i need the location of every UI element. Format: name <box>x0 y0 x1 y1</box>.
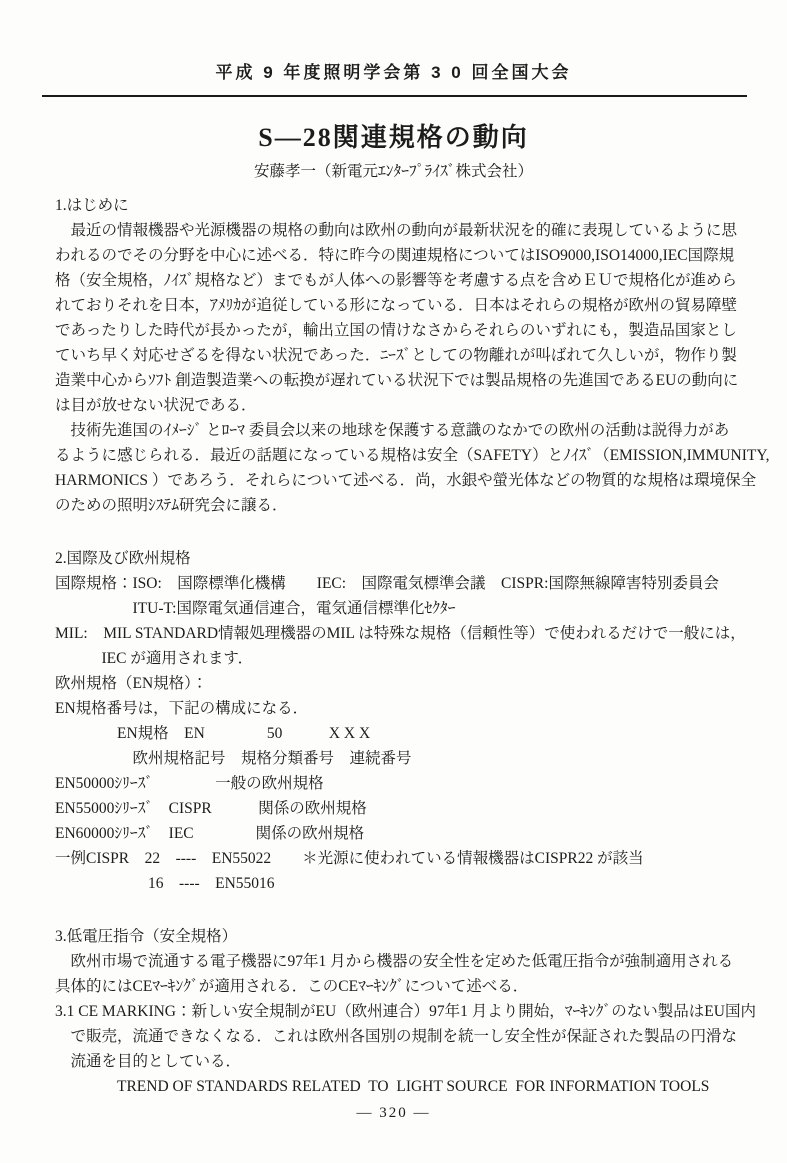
text-line: 欧州規格（EN規格）： <box>55 671 747 696</box>
text-line: は目が放せない状況である． <box>55 393 747 418</box>
text-line: のための照明ｼｽﾃﾑ研究会に譲る． <box>55 493 747 518</box>
text-line: ITU-T:国際電気通信連合，電気通信標準化ｾｸﾀｰ <box>55 596 747 621</box>
text-line: 具体的にはCEﾏｰｷﾝｸﾞが適用される．このCEﾏｰｷﾝｸﾞについて述べる． <box>55 974 747 999</box>
text-line: EN50000ｼﾘｰｽﾞ 一般の欧州規格 <box>55 771 747 796</box>
section-intro: 1.はじめに 最近の情報機器や光源機器の規格の動向は欧州の動向が最新状況を的確に… <box>55 193 747 518</box>
text-line: 流通を目的としている． <box>55 1049 747 1074</box>
text-line: EN55000ｼﾘｰｽﾞ CISPR 関係の欧州規格 <box>55 796 747 821</box>
text-line: るように感じられる．最近の話題になっている規格は安全（SAFETY）とﾉｲｽﾞ（… <box>55 443 747 468</box>
text-line: 欧州市場で流通する電子機器に97年1 月から機器の安全性を定めた低電圧指令が強制… <box>55 949 747 974</box>
paper-title: S—28関連規格の動向 <box>0 117 787 154</box>
text-line: IEC が適用されます． <box>55 646 747 671</box>
text-line: EN60000ｼﾘｰｽﾞ IEC 関係の欧州規格 <box>55 821 747 846</box>
text-line: 1.はじめに <box>55 193 747 218</box>
section-low-voltage-directive: 3.低電圧指令（安全規格） 欧州市場で流通する電子機器に97年1 月から機器の安… <box>55 924 747 1099</box>
text-line: 2.国際及び欧州規格 <box>55 546 747 571</box>
text-line: 欧州規格記号 規格分類番号 連続番号 <box>55 746 747 771</box>
text-line: で販売，流通できなくなる．これは欧州各国別の規制を統一し安全性が保証された製品の… <box>55 1024 747 1049</box>
english-title-line: TREND OF STANDARDS RELATED TO LIGHT SOUR… <box>55 1074 747 1099</box>
text-line: MIL: MIL STANDARD情報処理機器のMIL は特殊な規格（信頼性等）… <box>55 621 747 646</box>
text-line: ていち早く対応せざるを得ない状況であった．ﾆｰｽﾞとしての物離れが叫ばれて久しい… <box>55 343 747 368</box>
text-line: 国際規格：ISO: 国際標準化機構 IEC: 国際電気標準会議 CISPR:国際… <box>55 571 747 596</box>
header-rule <box>42 95 747 97</box>
text-line: 格（安全規格，ﾉｲｽﾞ規格など）までもが人体への影響等を考慮する点を含めＥＵで規… <box>55 268 747 293</box>
text-line: 3.1 CE MARKING：新しい安全規制がEU（欧州連合）97年1 月より開… <box>55 999 747 1024</box>
body-text: 1.はじめに 最近の情報機器や光源機器の規格の動向は欧州の動向が最新状況を的確に… <box>55 193 747 1099</box>
text-line: 16 ---- EN55016 <box>55 871 747 896</box>
text-line: HARMONICS ）であろう．それらについて述べる．尚，水銀や螢光体などの物質… <box>55 468 747 493</box>
text-line: EN規格 EN 50 X X X <box>55 721 747 746</box>
section-standards: 2.国際及び欧州規格 国際規格：ISO: 国際標準化機構 IEC: 国際電気標準… <box>55 546 747 896</box>
text-line: であったりした時代が長かったが，輸出立国の情けなさからそれらのいずれにも，製造品… <box>55 318 747 343</box>
text-line: EN規格番号は，下記の構成になる． <box>55 696 747 721</box>
text-line: 3.低電圧指令（安全規格） <box>55 924 747 949</box>
text-line: われるのでその分野を中心に述べる．特に昨今の関連規格についてはISO9000,I… <box>55 243 747 268</box>
author-line: 安藤孝一（新電元ｴﾝﾀｰﾌﾟﾗｲｽﾞ株式会社） <box>0 159 787 181</box>
text-line: 技術先進国のｲﾒｰｼﾞ とﾛｰﾏ 委員会以来の地球を保護する意識のなかでの欧州の… <box>55 418 747 443</box>
conference-header: 平成 9 年度照明学会第 3 0 回全国大会 <box>0 0 787 83</box>
document-page: 平成 9 年度照明学会第 3 0 回全国大会 S—28関連規格の動向 安藤孝一（… <box>0 0 787 1163</box>
text-line: 造業中心からｿﾌﾄ 創造製造業への転換が遅れている状況下では製品規格の先進国であ… <box>55 368 747 393</box>
text-line: 一例CISPR 22 ---- EN55022 ＊光源に使われている情報機器はC… <box>55 846 747 871</box>
page-number: — 320 — <box>0 1105 787 1122</box>
text-line: 最近の情報機器や光源機器の規格の動向は欧州の動向が最新状況を的確に表現しているよ… <box>55 218 747 243</box>
text-line: れておりそれを日本，ｱﾒﾘｶが追従している形になっている．日本はそれらの規格が欧… <box>55 293 747 318</box>
